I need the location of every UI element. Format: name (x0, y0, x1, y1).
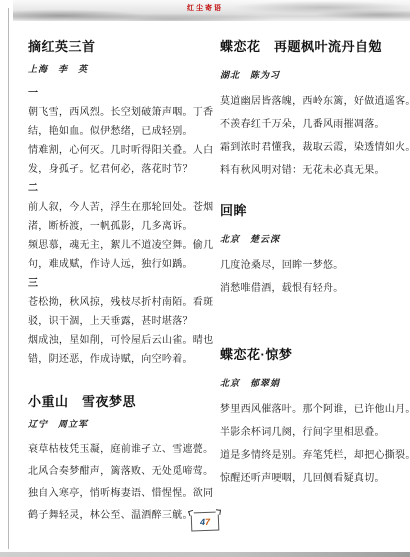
section-gap (220, 182, 402, 202)
right-column: 蝶恋花 再题枫叶流丹自勉 湖北 陈为习 莫道幽居皆落魄，西岭东篱，好做逍遥客。 … (220, 38, 402, 527)
poem-line: 朝飞雪，西风烈。长空划破箫声咽。丁香 (28, 103, 206, 122)
poem-line: 不羡春红千万朵，几番风雨摧凋落。 (220, 113, 402, 136)
poem-line: 半影余杯词几阕，行间字里相思叠。 (220, 421, 402, 444)
poem-line: 错，阴还恶，作成诗赋，向空吟着。 (28, 350, 206, 369)
page-footer: 47 (0, 512, 410, 531)
page-edge-bottom (0, 552, 410, 557)
poem-line: 苍松拗，秋风掠，残枝尽折村南陌。看斑 (28, 293, 206, 312)
journal-title: 红尘寄语 (0, 3, 410, 13)
poem-line: 消愁唯借酒，载恨有轻舟。 (220, 277, 402, 300)
poem-line: 渚，断桥渡，一帆孤影，几多离诉。 (28, 217, 206, 236)
poem-author: 湖北 陈为习 (220, 69, 402, 81)
poem-line: 情难割，心何灭。几时听得阳关叠。人白 (28, 141, 206, 160)
poem-line: 句，难成赋，作诗人远，独行如踽。 (28, 255, 206, 274)
poem-line: 频思慕，魂无主，絮儿不道凌空舞。偷几 (28, 236, 206, 255)
poem-line: 前人叙，今人苦，浮生在那轮回处。苍烟 (28, 198, 206, 217)
poem-author: 北京 郁翠娟 (220, 377, 402, 389)
section-gap (28, 369, 206, 393)
stanza-number: 三 (28, 274, 206, 293)
poem-line: 独自入寒亭，悄听梅妻语、惜惺惺。欲同 (28, 483, 206, 505)
poem-author: 北京 楚云深 (220, 233, 402, 245)
poem-line: 结，艳如血。似伊愁绪，已成轻别。 (28, 122, 206, 141)
poem-line: 霜到浓时君懂我，裁取云霞，染透情如火。 (220, 136, 402, 159)
poem-line: 衰草枯枝凭玉凝，庭前谁孑立、雪遮甍。 (28, 439, 206, 461)
stanza-number: 一 (28, 84, 206, 103)
stanza-number: 二 (28, 179, 206, 198)
scanned-poetry-page: 红尘寄语 摘红英三首 上海 李 英 一 朝飞雪，西风烈。长空划破箫声咽。丁香 结… (0, 0, 410, 557)
page-number-scroll-icon: 47 (191, 512, 220, 532)
page-edge-left (8, 8, 9, 549)
poem-title: 摘红英三首 (28, 38, 206, 56)
poem-line: 发，身孤孑。忆君何必，落花时节？ (28, 160, 206, 179)
poem-line: 道是多情终是别。弃笔凭栏，却把心撕裂。 (220, 444, 402, 467)
page-number: 47 (200, 516, 210, 526)
poem-line: 料有秋风明对错：无花未必真无果。 (220, 159, 402, 182)
poem-author: 辽宁 周立军 (28, 418, 206, 430)
poem-line: 莫道幽居皆落魄，西岭东篱，好做逍遥客。 (220, 90, 402, 113)
left-column: 摘红英三首 上海 李 英 一 朝飞雪，西风烈。长空划破箫声咽。丁香 结，艳如血。… (28, 38, 206, 527)
poem-line: 北风合奏梦酣声，篱落败、无处觅啼莺。 (28, 461, 206, 483)
poem-title: 蝶恋花 再题枫叶流丹自勉 (220, 38, 402, 56)
poem-line: 梦里西风催落叶。那个阿谁，已许他山月。 (220, 398, 402, 421)
poem-line: 几度沧桑尽，回眸一梦悠。 (220, 254, 402, 277)
section-gap (220, 300, 402, 346)
poem-columns: 摘红英三首 上海 李 英 一 朝飞雪，西风烈。长空划破箫声咽。丁香 结，艳如血。… (28, 38, 398, 527)
poem-line: 惊醒还听声哽咽，几回侧看疑真切。 (220, 467, 402, 490)
poem-line: 驳，识干涸，上天垂露，甚时堪落？ (28, 312, 206, 331)
poem-title: 回眸 (220, 202, 402, 220)
poem-title: 小重山 雪夜梦思 (28, 393, 206, 411)
poem-title: 蝶恋花·惊梦 (220, 346, 402, 364)
poem-author: 上海 李 英 (28, 63, 206, 75)
poem-line: 烟成浊，星如削，可怜屋后云山雀。晴也 (28, 331, 206, 350)
page-number-digit: 7 (205, 516, 210, 526)
